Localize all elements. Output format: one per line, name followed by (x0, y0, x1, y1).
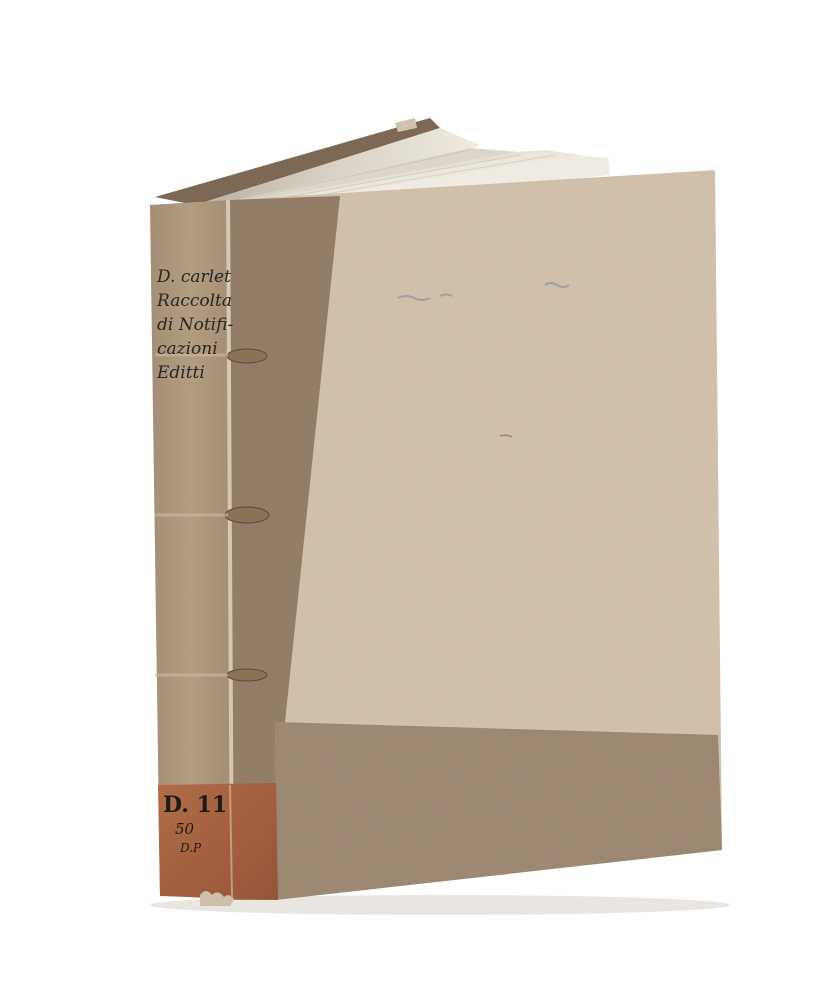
svg-text:D. 11: D. 11 (163, 792, 227, 818)
book-illustration: D. carlet Raccolta di Notifi- cazioni Ed… (0, 0, 833, 1000)
svg-text:Editti: Editti (156, 363, 205, 383)
svg-text:50: 50 (175, 820, 195, 838)
svg-text:D.P: D.P (179, 841, 202, 855)
svg-text:Raccolta: Raccolta (156, 291, 232, 311)
book-photo: D. carlet Raccolta di Notifi- cazioni Ed… (0, 0, 833, 1000)
svg-text:D. carlet: D. carlet (156, 267, 231, 287)
svg-text:cazioni: cazioni (157, 339, 218, 359)
svg-text:di Notifi-: di Notifi- (157, 315, 233, 335)
